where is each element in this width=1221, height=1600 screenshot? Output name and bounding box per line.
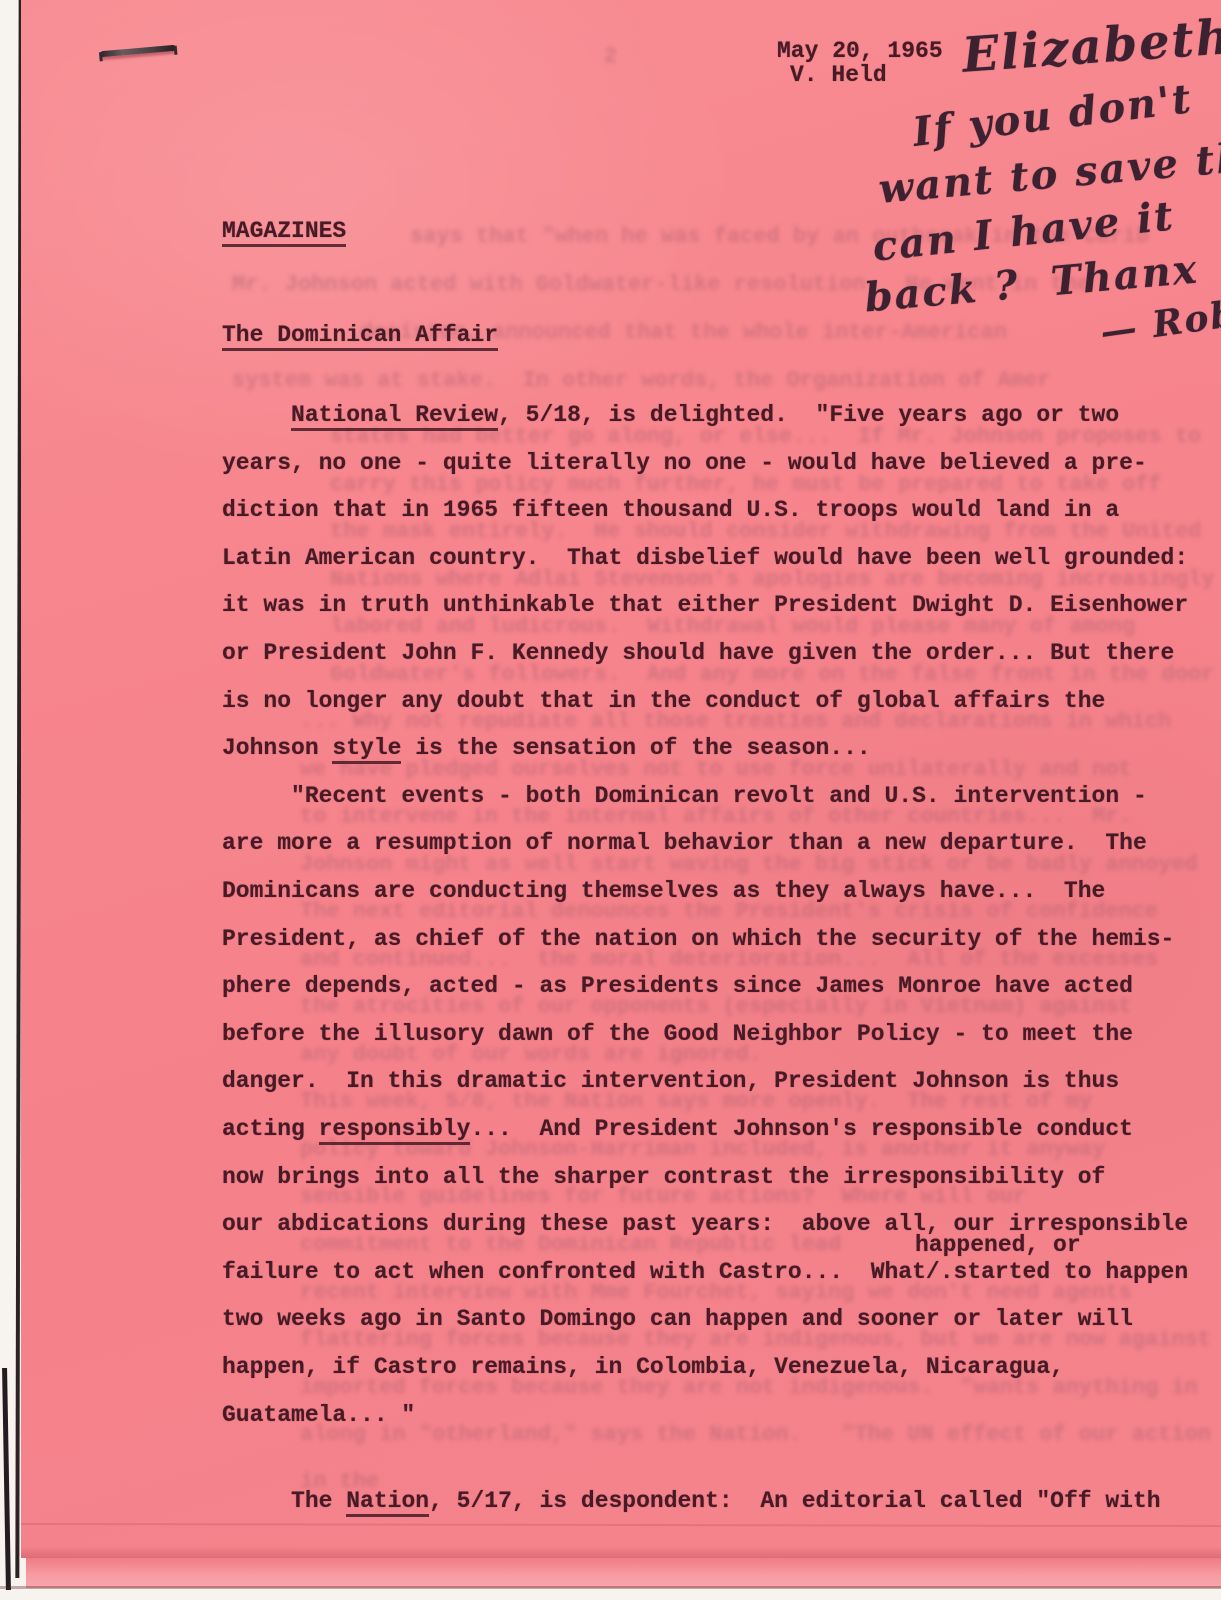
typed-line: President, as chief of the nation on whi…	[222, 924, 1174, 954]
under-sheet-crease	[0, 1586, 1221, 1589]
typed-line: "Recent events - both Dominican revolt a…	[222, 781, 1147, 811]
magazines-heading: MAGAZINES	[222, 216, 346, 246]
sheet-edge-left-lower	[2, 1368, 11, 1590]
typed-line: is no longer any doubt that in the condu…	[222, 686, 1105, 716]
typed-author: V. Held	[790, 60, 887, 90]
typed-line: now brings into all the sharper contrast…	[222, 1162, 1105, 1192]
typed-line: Guatamela... "	[222, 1400, 415, 1430]
dominican-affair-heading: The Dominican Affair	[222, 320, 498, 350]
typed-line: it was in truth unthinkable that either …	[222, 590, 1188, 620]
typed-line: acting responsibly... And President John…	[222, 1114, 1133, 1144]
showthrough-line: 2	[604, 44, 617, 69]
typed-line: Dominicans are conducting themselves as …	[222, 876, 1105, 906]
typed-line: two weeks ago in Santo Domingo can happe…	[222, 1304, 1133, 1334]
typed-line: danger. In this dramatic intervention, P…	[222, 1066, 1119, 1096]
typed-line: happen, if Castro remains, in Colombia, …	[222, 1352, 1064, 1382]
typed-line: Johnson style is the sensation of the se…	[222, 733, 871, 763]
scanned-document: 2says that "when he was faced by an outb…	[0, 0, 1221, 1600]
typed-line: before the illusory dawn of the Good Nei…	[222, 1019, 1133, 1049]
showthrough-line: along in "otherland," says the Nation. "…	[300, 1422, 1211, 1447]
showthrough-line: system was at stake. In other words, the…	[232, 368, 1051, 393]
typed-line: National Review, 5/18, is delighted. "Fi…	[222, 400, 1119, 430]
typed-line: or President John F. Kennedy should have…	[222, 638, 1174, 668]
typed-line: diction that in 1965 fifteen thousand U.…	[222, 495, 1119, 525]
page-bottom-shadow	[21, 1546, 1221, 1558]
typed-line: years, no one - quite literally no one -…	[222, 448, 1147, 478]
typed-line: phere depends, acted - as Presidents sin…	[222, 971, 1133, 1001]
typed-insertion: happened, or	[915, 1230, 1081, 1260]
typed-line: The Nation, 5/17, is despondent: An edit…	[222, 1486, 1161, 1516]
typed-line: are more a resumption of normal behavior…	[222, 828, 1147, 858]
typed-line: failure to act when confronted with Cast…	[222, 1257, 1188, 1287]
typed-line: Latin American country. That disbelief w…	[222, 543, 1188, 573]
under-sheet-edge	[26, 1558, 1221, 1588]
